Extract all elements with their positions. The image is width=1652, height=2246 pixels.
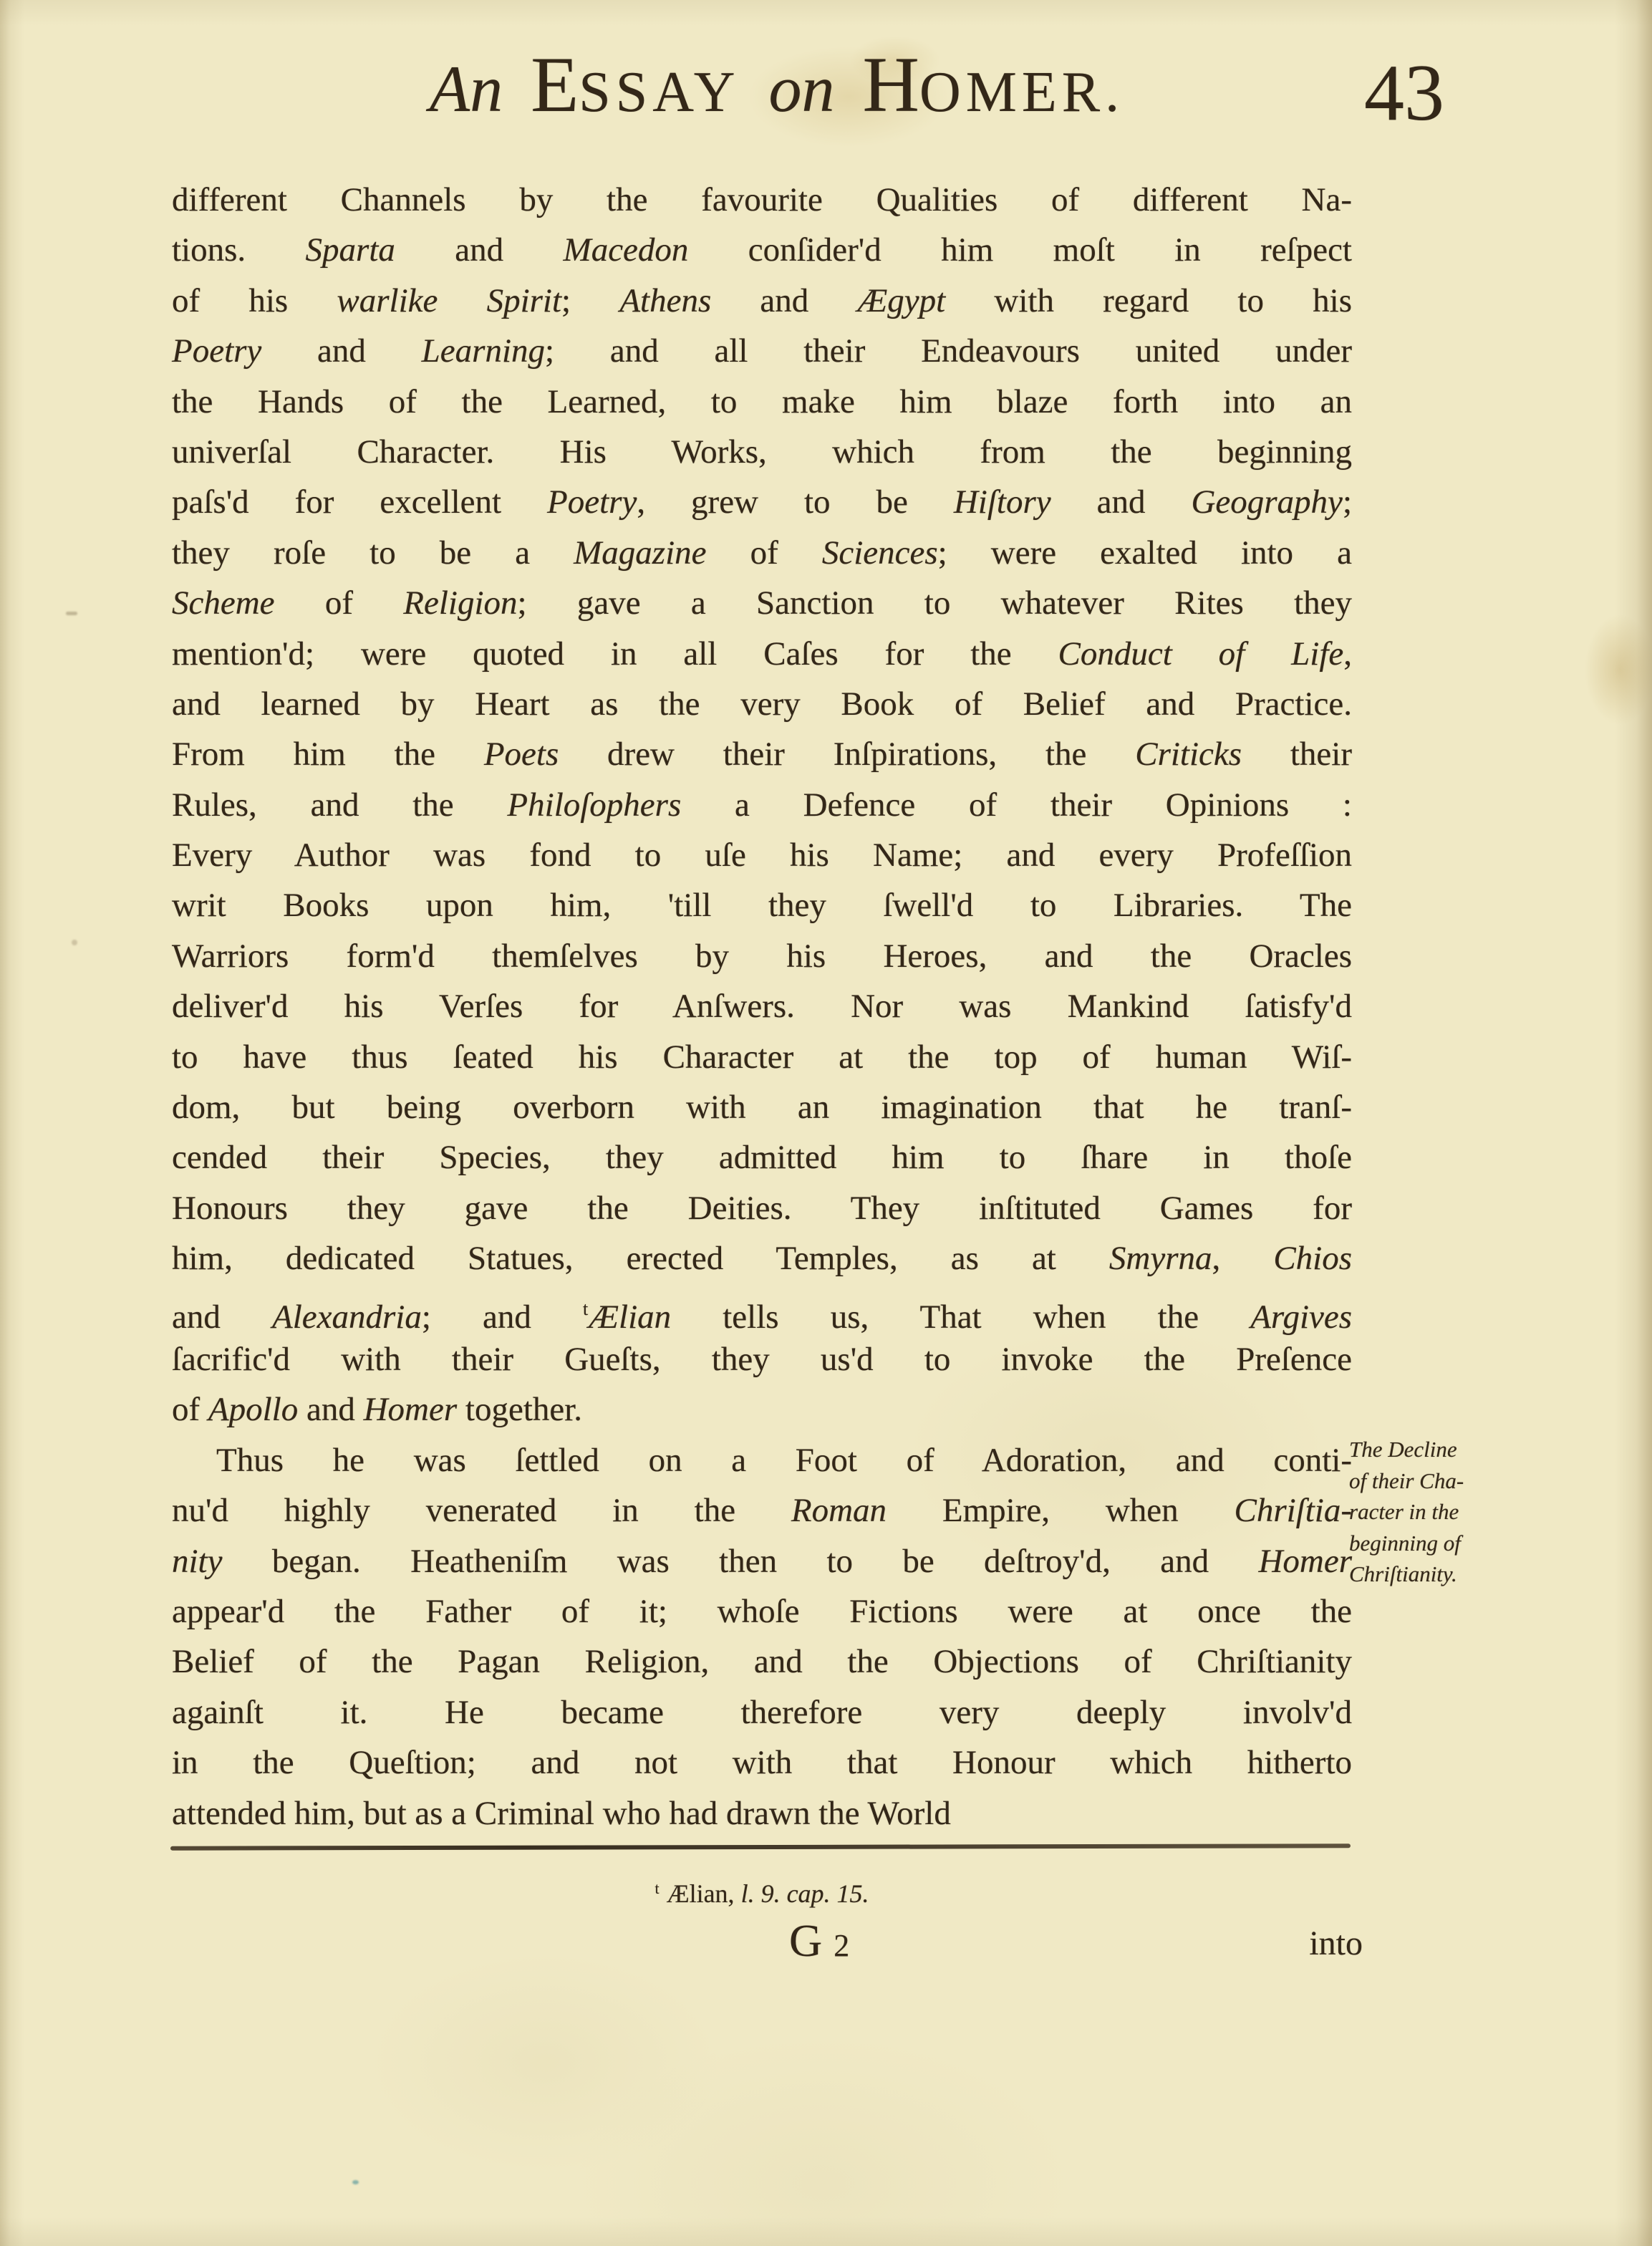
text-segment: nu'd highly venerated in the [172, 1492, 791, 1529]
text-segment: Ælian, [660, 1879, 741, 1908]
text-line: Chriſtianity. [1349, 1558, 1564, 1590]
text-segment: l. 9. cap. 15. [741, 1879, 869, 1908]
text-segment: paſs'd for excellent [172, 483, 547, 521]
text-segment: him, dedicated Statues, erected Temples,… [172, 1240, 1109, 1277]
text-segment: Warriors form'd themſelves by his Heroes… [172, 938, 1352, 975]
text-segment: Ælian [589, 1298, 671, 1336]
text-line: writ Books upon him, 'till they ſwell'd … [172, 880, 1352, 930]
text-line: and learned by Heart as the very Book of… [172, 679, 1352, 729]
text-line: Thus he was ſettled on a Foot of Adorati… [172, 1435, 1352, 1485]
text-segment: Every Author was fond to uſe his Name; a… [172, 837, 1352, 874]
text-segment: of [275, 584, 404, 622]
text-line: racter in the [1349, 1496, 1564, 1528]
text-segment: An [430, 52, 531, 125]
text-segment: together. [457, 1391, 582, 1428]
footnote-rule [170, 1843, 1351, 1850]
text-line: in the Queſtion; and not with that Honou… [172, 1737, 1352, 1788]
text-line: The Decline [1349, 1434, 1564, 1465]
text-line: of Apollo and Homer together. [172, 1384, 1352, 1435]
scan-speck [66, 612, 77, 615]
body-text: different Channels by the favourite Qual… [172, 175, 1352, 1838]
text-segment: and [711, 282, 857, 319]
text-segment: tells us, That when the [671, 1298, 1250, 1336]
text-segment: Sciences [822, 534, 938, 572]
text-segment: ; [1343, 483, 1352, 521]
text-segment: Belief of the Pagan Religion, and the Ob… [172, 1643, 1352, 1680]
text-segment: Hiſtory [954, 483, 1051, 521]
text-line: paſs'd for excellent Poetry, grew to be … [172, 477, 1352, 527]
text-line: cended their Species, they admitted him … [172, 1132, 1352, 1182]
page-number: 43 [1364, 50, 1444, 136]
text-line: tions. Sparta and Macedon conſider'd him… [172, 225, 1352, 275]
catchword: into [1309, 1922, 1363, 1965]
text-segment: with regard to his [945, 282, 1352, 319]
text-segment: conſider'd him moſt in reſpect [688, 231, 1352, 269]
text-segment: Athens [619, 282, 711, 319]
signature-mark: G 2 [789, 1912, 849, 1975]
book-page: An ESSAY on HOMER. 43 different Channels… [0, 0, 1652, 2246]
text-line: ſacrific'd with their Gueſts, they us'd … [172, 1334, 1352, 1384]
text-segment: Chriſtia- [1234, 1492, 1352, 1529]
text-segment: ; and [422, 1298, 583, 1336]
text-segment: Homer [364, 1391, 458, 1428]
text-segment: cended their Species, they admitted him … [172, 1139, 1352, 1176]
text-segment: , grew to be [637, 483, 954, 521]
text-segment: of his [172, 282, 337, 319]
text-line: to have thus ſeated his Character at the… [172, 1032, 1352, 1082]
text-line: Every Author was fond to uſe his Name; a… [172, 830, 1352, 880]
text-segment: dom, but being overborn with an imaginat… [172, 1089, 1352, 1126]
text-line: deliver'd his Verſes for Anſwers. Nor wa… [172, 981, 1352, 1031]
text-segment: Scheme [172, 584, 275, 622]
text-segment: attended him, but as a Criminal who had … [172, 1795, 951, 1832]
text-line: univerſal Character. His Works, which fr… [172, 427, 1352, 477]
text-line: againſt it. He became therefore very dee… [172, 1687, 1352, 1737]
text-segment: Alexandria [272, 1298, 422, 1336]
text-line: they roſe to be a Magazine of Sciences; … [172, 528, 1352, 578]
scan-speck [352, 2180, 359, 2184]
text-segment: mention'd; were quoted in all Caſes for … [172, 635, 1058, 673]
text-segment: ſacrific'd with their Gueſts, they us'd … [172, 1341, 1352, 1378]
text-segment: Apollo [208, 1391, 298, 1428]
text-segment: Poets [484, 736, 559, 773]
text-line: appear'd the Father of it; whoſe Fiction… [172, 1586, 1352, 1637]
text-segment: and [172, 1298, 272, 1336]
text-segment: againſt it. He became therefore very dee… [172, 1694, 1352, 1731]
footnote-reference: t [583, 1298, 589, 1319]
text-line: Poetry and Learning; and all their Endea… [172, 326, 1352, 376]
text-segment: and [1051, 483, 1192, 521]
text-segment: Criticks [1135, 736, 1242, 773]
text-segment: Religion [403, 584, 517, 622]
text-segment: Ægypt [858, 282, 946, 319]
text-segment: E [531, 41, 579, 128]
text-segment: univerſal Character. His Works, which fr… [172, 433, 1352, 471]
text-line: Scheme of Religion; gave a Sanction to w… [172, 578, 1352, 628]
text-segment: on [769, 52, 863, 125]
text-line: of their Cha- [1349, 1465, 1564, 1497]
text-segment: Sparta [306, 231, 395, 269]
margin-note: The Declineof their Cha-racter in thebeg… [1349, 1434, 1564, 1590]
text-segment: a Defence of their Opinions : [681, 786, 1352, 824]
text-segment: and [298, 1391, 363, 1428]
text-line: Belief of the Pagan Religion, and the Ob… [172, 1637, 1352, 1687]
text-line: the Hands of the Learned, to make him bl… [172, 377, 1352, 427]
text-segment: G [789, 1915, 834, 1966]
text-segment: SSAY [579, 61, 768, 124]
text-segment: of [707, 534, 822, 572]
text-line: beginning of [1349, 1528, 1564, 1559]
text-segment: in the Queſtion; and not with that Honou… [172, 1744, 1352, 1781]
text-segment: Conduct of Life [1058, 635, 1344, 673]
text-line: Honours they gave the Deities. They inſt… [172, 1183, 1352, 1233]
text-segment: Philoſophers [507, 786, 681, 824]
text-segment: , [1343, 635, 1352, 673]
text-line: different Channels by the favourite Qual… [172, 175, 1352, 225]
text-segment: H [863, 41, 919, 128]
text-line: of his warlike Spirit; Athens and Ægypt … [172, 276, 1352, 326]
text-segment: Magazine [574, 534, 706, 572]
text-line: dom, but being overborn with an imaginat… [172, 1082, 1352, 1132]
text-segment: writ Books upon him, 'till they ſwell'd … [172, 887, 1352, 924]
text-segment: and [261, 332, 421, 370]
text-segment: to have thus ſeated his Character at the… [172, 1038, 1352, 1076]
text-segment: Smyrna [1109, 1240, 1212, 1277]
text-segment: Chios [1273, 1240, 1352, 1277]
text-segment: of [172, 1391, 208, 1428]
text-segment: , [1212, 1240, 1274, 1277]
text-segment: Homer [1258, 1543, 1352, 1580]
footnote: t Ælian, l. 9. cap. 15. [172, 1871, 1352, 1912]
text-line: Rules, and the Philoſophers a Defence of… [172, 780, 1352, 830]
text-line: attended him, but as a Criminal who had … [172, 1788, 1352, 1838]
text-segment: tions. [172, 231, 306, 269]
text-segment: appear'd the Father of it; whoſe Fiction… [172, 1593, 1352, 1630]
text-segment: Roman [791, 1492, 887, 1529]
text-line: mention'd; were quoted in all Caſes for … [172, 629, 1352, 679]
scan-speck [72, 940, 77, 945]
text-segment: and [395, 231, 564, 269]
text-segment: Learning [422, 332, 545, 370]
text-segment: Poetry [172, 332, 261, 370]
text-segment: Honours they gave the Deities. They inſt… [172, 1190, 1352, 1227]
text-segment: Empire, when [887, 1492, 1234, 1529]
text-line: nity began. Heatheniſm was then to be de… [172, 1536, 1352, 1586]
text-segment: Rules, and the [172, 786, 507, 824]
text-segment: their [1242, 736, 1352, 773]
text-segment: ; gave a Sanction to whatever Rites they [518, 584, 1352, 622]
text-segment: warlike Spirit [337, 282, 561, 319]
text-segment: ; and all their Endeavours united under [545, 332, 1352, 370]
text-line: nu'd highly venerated in the Roman Empir… [172, 1485, 1352, 1536]
text-segment: From him the [172, 736, 484, 773]
text-segment: 2 [834, 1928, 849, 1963]
text-line: him, dedicated Statues, erected Temples,… [172, 1233, 1352, 1283]
text-segment: began. Heatheniſm was then to be deſtroy… [222, 1543, 1258, 1580]
text-segment: the Hands of the Learned, to make him bl… [172, 383, 1352, 420]
text-line: From him the Poets drew their Inſpiratio… [172, 729, 1352, 779]
text-segment: OMER. [919, 61, 1124, 124]
page-title: An ESSAY on HOMER. [172, 42, 1382, 135]
text-segment: they roſe to be a [172, 534, 574, 572]
text-segment: and learned by Heart as the very Book of… [172, 685, 1352, 723]
text-segment: ; [561, 282, 619, 319]
text-segment: Geography [1191, 483, 1342, 521]
text-segment: ; were exalted into a [938, 534, 1352, 572]
text-segment: Thus he was ſettled on a Foot of Adorati… [216, 1442, 1352, 1479]
text-segment: nity [172, 1543, 222, 1580]
text-line: Warriors form'd themſelves by his Heroes… [172, 931, 1352, 981]
text-segment: Poetry [547, 483, 637, 521]
text-segment: deliver'd his Verſes for Anſwers. Nor wa… [172, 988, 1352, 1025]
text-segment: different Channels by the favourite Qual… [172, 181, 1352, 218]
text-segment: Argives [1250, 1298, 1352, 1336]
text-segment: drew their Inſpirations, the [559, 736, 1135, 773]
text-line: and Alexandria; and tÆlian tells us, Tha… [172, 1284, 1352, 1334]
footnote-reference: t [654, 1879, 660, 1897]
text-segment: Macedon [564, 231, 689, 269]
